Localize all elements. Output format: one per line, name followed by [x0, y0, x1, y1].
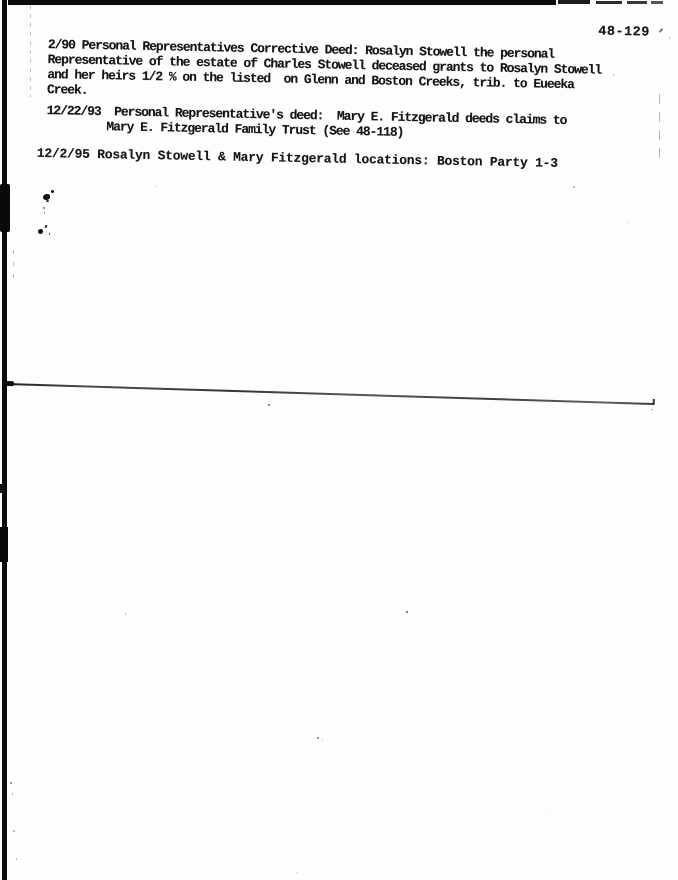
ink-smudge: [46, 200, 49, 202]
ink-smudge: [38, 229, 43, 234]
scan-speck: [550, 812, 551, 813]
scan-speck: [317, 737, 319, 739]
scan-edge-left-blotch: [0, 527, 8, 562]
fold-line-right: [659, 94, 660, 164]
scan-speck: [13, 830, 15, 832]
scan-speck: [16, 858, 17, 860]
scan-edge-top-dash: [596, 1, 622, 4]
scan-speck: [406, 611, 408, 613]
scan-edge-top-dash: [558, 0, 590, 4]
scan-edge-top-dash: [627, 1, 647, 4]
scan-speck: [125, 613, 126, 615]
scan-edge-top: [8, 0, 556, 5]
scan-edge-top-dash: [651, 1, 663, 4]
ink-smudge: [51, 190, 54, 193]
ink-smudge: [49, 233, 50, 235]
ink-smudge: [44, 212, 45, 214]
fold-line-top: [30, 5, 31, 97]
scan-edge-left-blotch: [0, 484, 7, 493]
entry-line: 12/2/95 Rosalyn Stowell & Mary Fitzgeral…: [37, 146, 656, 173]
scan-speck: [628, 222, 629, 223]
scan-edge-left-blotch: [0, 184, 10, 232]
typed-text-block: 48-129 2/90 Personal Representatives Cor…: [46, 37, 658, 173]
scan-speck: [322, 740, 323, 741]
scan-speck: [669, 37, 670, 39]
entry-12-22-93-representatives-deed: 12/22/93 Personal Representative's deed:…: [46, 103, 656, 145]
page-number: 48-129: [598, 25, 650, 41]
ink-smudge: [43, 207, 45, 209]
scan-speck: [613, 74, 614, 76]
scan-speck: [10, 782, 12, 784]
scan-speck: [573, 186, 575, 188]
scan-speck: [651, 409, 653, 410]
ink-smudge: [44, 225, 47, 229]
divider-line: [7, 383, 654, 405]
entry-12-2-95-locations: 12/2/95 Rosalyn Stowell & Mary Fitzgeral…: [37, 146, 656, 173]
scan-speck: [12, 793, 13, 795]
scan-edge-left: [2, 0, 7, 880]
scan-speck: [155, 186, 156, 187]
scanned-document-page: 48-129 2/90 Personal Representatives Cor…: [0, 0, 678, 880]
scan-speck: [296, 872, 297, 873]
fold-line-left: [13, 250, 14, 284]
scan-speck: [659, 28, 664, 33]
entry-2-90-corrective-deed: 2/90 Personal Representatives Corrective…: [47, 37, 658, 109]
scan-speck: [268, 404, 270, 406]
